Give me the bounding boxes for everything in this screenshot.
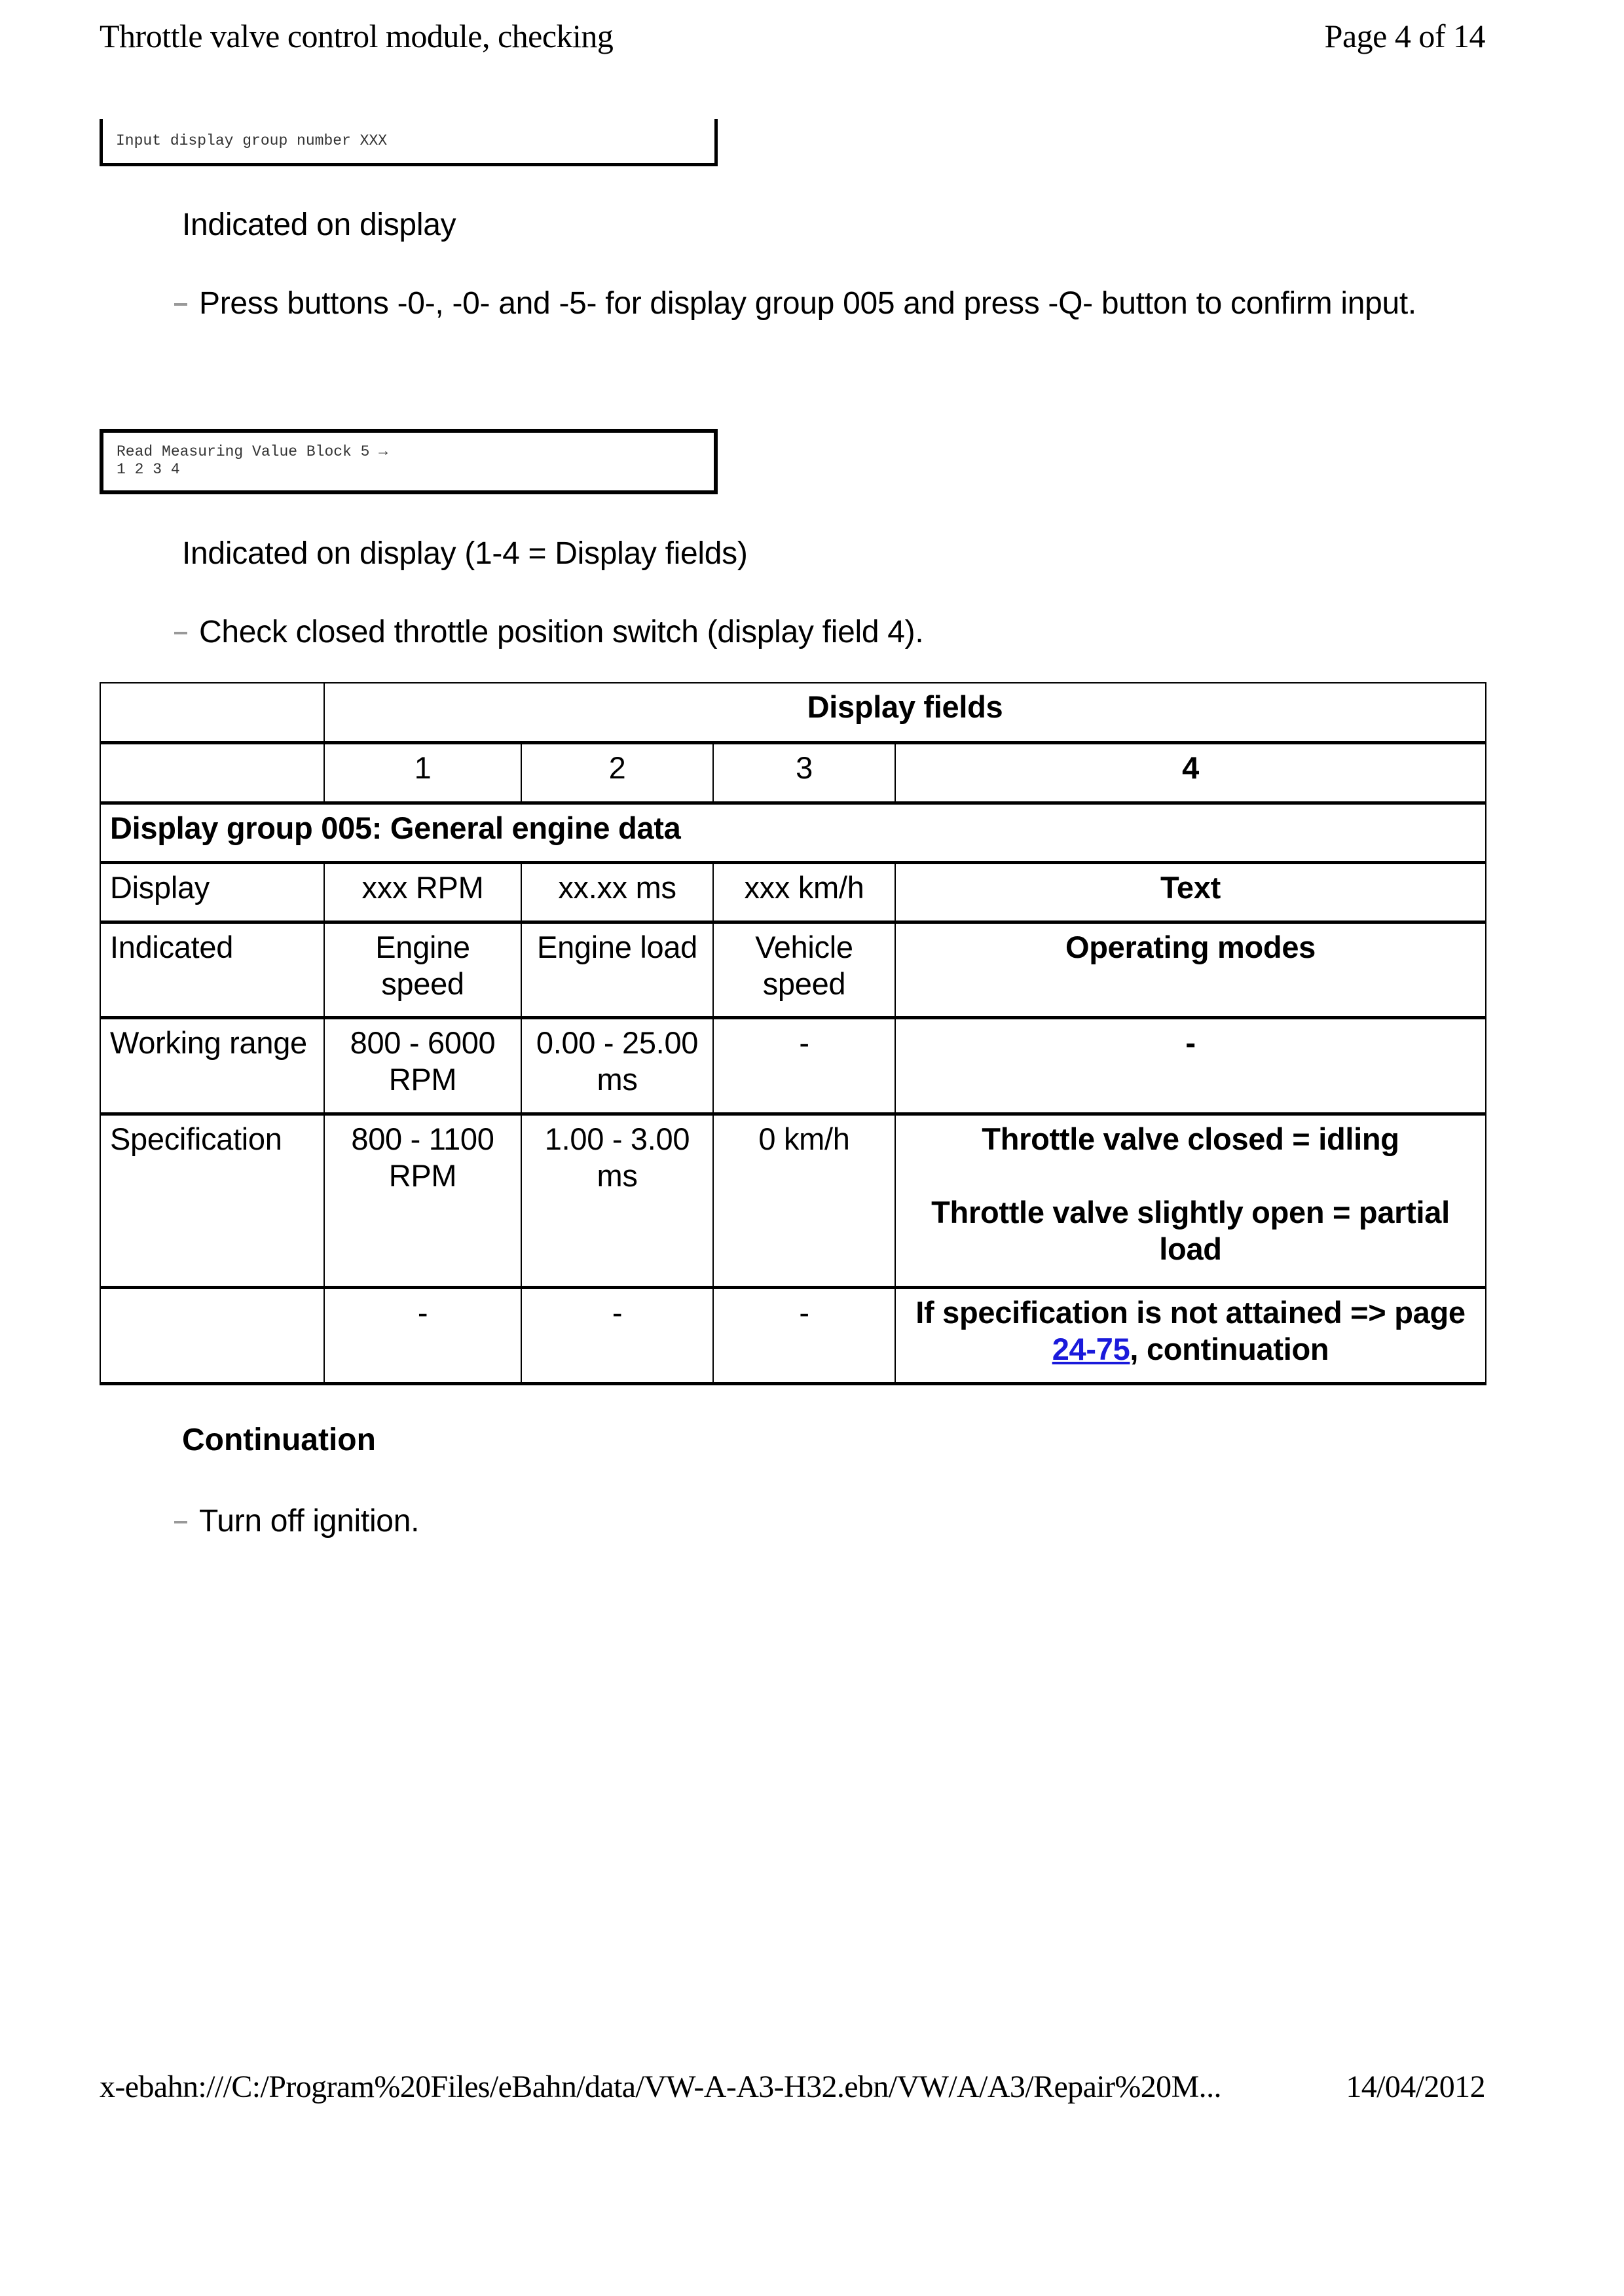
operating-mode-idling: Throttle valve closed = idling bbox=[905, 1121, 1476, 1157]
row-label: Specification bbox=[100, 1114, 324, 1287]
step-text: Press buttons -0-, -0- and -5- for displ… bbox=[199, 285, 1458, 322]
step-text: Check closed throttle position switch (d… bbox=[199, 614, 1458, 651]
table-cell: - bbox=[713, 1017, 895, 1114]
table-row: Indicated Engine speed Engine load Vehic… bbox=[100, 922, 1486, 1017]
table-group-row: Display group 005: General engine data bbox=[100, 803, 1486, 862]
table-cell: Text bbox=[895, 862, 1486, 922]
continuation-heading: Continuation bbox=[182, 1422, 376, 1459]
footer-date: 14/04/2012 bbox=[1346, 2069, 1485, 2105]
spec-not-attained-text: If specification is not attained => page bbox=[915, 1295, 1465, 1330]
table-cell: Engine speed bbox=[324, 922, 521, 1017]
dash-bullet-icon bbox=[174, 632, 187, 634]
display-line: Input display group number XXX bbox=[103, 119, 714, 150]
spacer bbox=[905, 1157, 1476, 1194]
table-cell: Vehicle speed bbox=[713, 922, 895, 1017]
tester-display-box: Read Measuring Value Block 5 → 1 2 3 4 bbox=[100, 429, 718, 494]
display-line: Read Measuring Value Block 5 → bbox=[103, 433, 714, 461]
row-label: Indicated bbox=[100, 922, 324, 1017]
document-title: Throttle valve control module, checking bbox=[100, 17, 613, 55]
table-cell: - bbox=[324, 1287, 521, 1383]
display-fields-header: Display fields bbox=[324, 683, 1486, 742]
dash-bullet-icon bbox=[174, 303, 187, 306]
footer-url: x-ebahn:///C:/Program%20Files/eBahn/data… bbox=[100, 2069, 1221, 2105]
table-cell bbox=[100, 683, 324, 742]
page-link[interactable]: 24-75 bbox=[1052, 1332, 1130, 1366]
table-header-row: Display fields bbox=[100, 683, 1486, 742]
table-cell: - bbox=[521, 1287, 713, 1383]
table-cell: 800 - 6000 RPM bbox=[324, 1017, 521, 1114]
indicated-on-display-text: Indicated on display (1-4 = Display fiel… bbox=[182, 536, 748, 572]
display-group-table: Display fields 1 2 3 4 Display group 005… bbox=[100, 682, 1486, 1385]
group-title: Display group 005: General engine data bbox=[100, 803, 1486, 862]
step-text: Turn off ignition. bbox=[199, 1503, 1458, 1540]
table-cell: 0 km/h bbox=[713, 1114, 895, 1287]
row-label: Display bbox=[100, 862, 324, 922]
table-cell: xx.xx ms bbox=[521, 862, 713, 922]
table-cell: 800 - 1100 RPM bbox=[324, 1114, 521, 1287]
table-field-number-row: 1 2 3 4 bbox=[100, 742, 1486, 803]
indicated-on-display-text: Indicated on display bbox=[182, 207, 456, 244]
table-cell: Throttle valve closed = idling Throttle … bbox=[895, 1114, 1486, 1287]
table-cell: xxx RPM bbox=[324, 862, 521, 922]
instruction-step: Press buttons -0-, -0- and -5- for displ… bbox=[174, 285, 1458, 322]
field-number: 2 bbox=[521, 742, 713, 803]
table-row: Working range 800 - 6000 RPM 0.00 - 25.0… bbox=[100, 1017, 1486, 1114]
field-number: 4 bbox=[895, 742, 1486, 803]
table-cell: 1.00 - 3.00 ms bbox=[521, 1114, 713, 1287]
table-row: Specification 800 - 1100 RPM 1.00 - 3.00… bbox=[100, 1114, 1486, 1287]
display-line: 1 2 3 4 bbox=[103, 461, 714, 479]
dash-bullet-icon bbox=[174, 1521, 187, 1523]
table-cell: If specification is not attained => page… bbox=[895, 1287, 1486, 1383]
table-cell: 0.00 - 25.00 ms bbox=[521, 1017, 713, 1114]
table-cell: Engine load bbox=[521, 922, 713, 1017]
table-cell: xxx km/h bbox=[713, 862, 895, 922]
table-cell: - bbox=[713, 1287, 895, 1383]
spec-not-attained-suffix: , continuation bbox=[1130, 1332, 1329, 1366]
instruction-step: Turn off ignition. bbox=[174, 1503, 1458, 1540]
field-number: 1 bbox=[324, 742, 521, 803]
table-cell: - bbox=[895, 1017, 1486, 1114]
table-cell bbox=[100, 742, 324, 803]
page-number: Page 4 of 14 bbox=[1325, 17, 1485, 55]
table-row: - - - If specification is not attained =… bbox=[100, 1287, 1486, 1383]
table-cell: Operating modes bbox=[895, 922, 1486, 1017]
table-row: Display xxx RPM xx.xx ms xxx km/h Text bbox=[100, 862, 1486, 922]
row-label: Working range bbox=[100, 1017, 324, 1114]
row-label bbox=[100, 1287, 324, 1383]
field-number: 3 bbox=[713, 742, 895, 803]
tester-display-box: Input display group number XXX bbox=[100, 119, 718, 166]
operating-mode-partial-load: Throttle valve slightly open = partial l… bbox=[905, 1194, 1476, 1267]
instruction-step: Check closed throttle position switch (d… bbox=[174, 614, 1458, 651]
